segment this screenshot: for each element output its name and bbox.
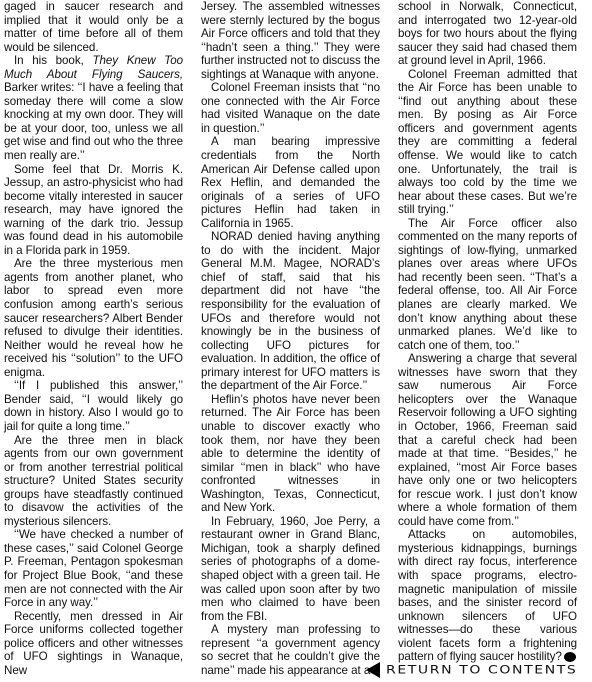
- paragraph-text: Heflin’s photos have never been returned…: [201, 393, 380, 514]
- return-to-contents-link[interactable]: RETURN TO CONTENTS: [366, 660, 577, 680]
- paragraph-text: school in Norwalk, Connecticut, and inte…: [398, 0, 577, 67]
- article-paragraph: ‘‘If I published this answer,’’ Bender s…: [4, 379, 183, 433]
- paragraph-text: A man bearing impressive credentials fro…: [201, 135, 380, 229]
- paragraph-text: Jersey. The assembled witnesses were ste…: [201, 0, 380, 81]
- article-paragraph: In February, 1960, Joe Perry, a restaura…: [201, 515, 380, 623]
- return-to-contents-label: RETURN TO CONTENTS: [386, 663, 577, 676]
- paragraph-text: Some feel that Dr. Morris K. Jessup, an …: [4, 163, 183, 257]
- paragraph-text: ‘‘We have checked a number of these case…: [4, 528, 183, 609]
- paragraph-text: NORAD denied having anything to do with …: [201, 230, 380, 392]
- article-page: gaged in saucer research and implied tha…: [0, 0, 592, 682]
- paragraph-text: Barker writes: ‘‘I have a feeling that s…: [4, 81, 183, 162]
- paragraph-text: Answering a charge that several witnesse…: [398, 352, 577, 528]
- article-paragraph: Recently, men dressed in Air Force unifo…: [4, 610, 183, 678]
- paragraph-text: The Air Force officer also commented on …: [398, 217, 577, 352]
- paragraph-text: Are the three men in black agents from o…: [4, 434, 183, 528]
- article-paragraph: Answering a charge that several witnesse…: [398, 352, 577, 528]
- article-paragraph: Colonel Freeman insists that ‘‘no one co…: [201, 81, 380, 135]
- article-paragraph: The Air Force officer also commented on …: [398, 217, 577, 352]
- article-paragraph: gaged in saucer research and implied tha…: [4, 0, 183, 54]
- paragraph-text: Colonel Freeman insists that ‘‘no one co…: [201, 81, 380, 135]
- article-column-3: school in Norwalk, Connecticut, and inte…: [398, 0, 577, 664]
- article-paragraph: Colonel Freeman admitted that the Air Fo…: [398, 68, 577, 217]
- paragraph-text: ‘‘If I published this answer,’’ Bender s…: [4, 379, 183, 433]
- paragraph-text: Recently, men dressed in Air Force unifo…: [4, 610, 183, 677]
- paragraph-text: In February, 1960, Joe Perry, a restaura…: [201, 515, 380, 623]
- paragraph-text: Colonel Freeman admitted that the Air Fo…: [398, 68, 577, 216]
- paragraph-text: A mystery man professing to represent ‘‘…: [201, 623, 380, 677]
- left-triangle-arrow-icon: [366, 662, 380, 678]
- paragraph-text: gaged in saucer research and implied tha…: [4, 0, 183, 54]
- paragraph-text: Attacks on automobiles, mysterious kidna…: [398, 528, 577, 663]
- paragraph-text: In his book,: [14, 54, 92, 67]
- article-paragraph: ‘‘We have checked a number of these case…: [4, 528, 183, 609]
- article-paragraph: A man bearing impressive credentials fro…: [201, 135, 380, 230]
- article-paragraph: school in Norwalk, Connecticut, and inte…: [398, 0, 577, 68]
- article-paragraph: Are the three mysterious men agents from…: [4, 257, 183, 379]
- article-paragraph: In his book, They Knew Too Much About Fl…: [4, 54, 183, 162]
- article-column-1: gaged in saucer research and implied tha…: [4, 0, 183, 677]
- article-paragraph: Heflin’s photos have never been returned…: [201, 393, 380, 515]
- article-paragraph: Attacks on automobiles, mysterious kidna…: [398, 528, 577, 663]
- article-column-2: Jersey. The assembled witnesses were ste…: [201, 0, 380, 677]
- article-paragraph: A mystery man professing to represent ‘‘…: [201, 623, 380, 677]
- article-paragraph: NORAD denied having anything to do with …: [201, 230, 380, 393]
- article-paragraph: Are the three men in black agents from o…: [4, 434, 183, 529]
- article-paragraph: Some feel that Dr. Morris K. Jessup, an …: [4, 163, 183, 258]
- article-paragraph: Jersey. The assembled witnesses were ste…: [201, 0, 380, 81]
- paragraph-text: Are the three mysterious men agents from…: [4, 257, 183, 378]
